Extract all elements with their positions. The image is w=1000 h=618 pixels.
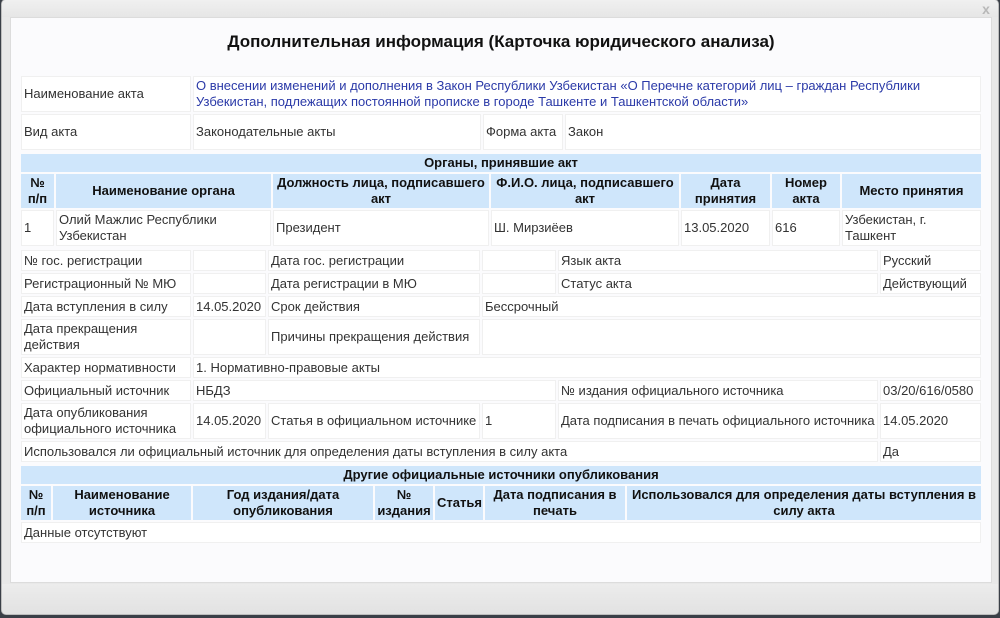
- status-value: Действующий: [880, 273, 981, 294]
- used-for-date-label: Использовался ли официальный источник дл…: [21, 441, 878, 462]
- act-type-value: Законодательные акты: [193, 114, 481, 150]
- organ-num: 1: [21, 210, 54, 246]
- organs-header-row: № п/п Наименование органа Должность лица…: [21, 174, 981, 208]
- col-organ: Наименование органа: [56, 174, 271, 208]
- organ-fio: Ш. Мирзиёев: [491, 210, 679, 246]
- legal-analysis-dialog: x Дополнительная информация (Карточка юр…: [2, 0, 998, 614]
- dialog-footer: [2, 584, 998, 614]
- col-place: Место принятия: [842, 174, 981, 208]
- other-sources-section-title: Другие официальные источники опубликован…: [21, 466, 981, 484]
- pub-date-label: Дата опубликования официального источник…: [21, 403, 191, 439]
- col-number: Номер акта: [772, 174, 840, 208]
- other-sources-table: Другие официальные источники опубликован…: [19, 464, 983, 545]
- dialog-title: Дополнительная информация (Карточка юрид…: [11, 32, 991, 52]
- print-date-label: Дата подписания в печать официального ис…: [558, 403, 878, 439]
- edition-num-value: 03/20/616/0580: [880, 380, 981, 401]
- col-position: Должность лица, подписавшего акт: [273, 174, 489, 208]
- col-article: Статья: [435, 486, 483, 520]
- act-type-row: Вид акта Законодательные акты Форма акта…: [21, 114, 981, 150]
- end-reason-value: [482, 319, 981, 355]
- col-edition-num: № издания: [375, 486, 433, 520]
- organs-section-title: Органы, принявшие акт: [21, 154, 981, 172]
- effective-date-label: Дата вступления в силу: [21, 296, 191, 317]
- pub-date-value: 14.05.2020: [193, 403, 266, 439]
- table-row: 1 Олий Мажлис Республики Узбекистан През…: [21, 210, 981, 246]
- act-info-table: Наименование акта О внесении изменений и…: [19, 74, 983, 152]
- organ-date: 13.05.2020: [681, 210, 770, 246]
- official-source-value: НБДЗ: [193, 380, 556, 401]
- col-pub-year: Год издания/дата опубликования: [193, 486, 373, 520]
- article-value: 1: [482, 403, 556, 439]
- close-icon[interactable]: x: [978, 1, 994, 17]
- end-date-label: Дата прекращения действия: [21, 319, 191, 355]
- col-print-date: Дата подписания в печать: [485, 486, 625, 520]
- col-num: № п/п: [21, 174, 54, 208]
- organs-table: Органы, принявшие акт № п/п Наименование…: [19, 152, 983, 248]
- organ-number: 616: [772, 210, 840, 246]
- gos-reg-date-value: [482, 250, 556, 271]
- normativity-value: 1. Нормативно-правовые акты: [193, 357, 981, 378]
- col-date: Дата принятия: [681, 174, 770, 208]
- mju-num-value: [193, 273, 266, 294]
- no-data-message: Данные отсутствуют: [21, 522, 981, 543]
- act-form-label: Форма акта: [483, 114, 563, 150]
- status-label: Статус акта: [558, 273, 878, 294]
- details-table: № гос. регистрации Дата гос. регистрации…: [19, 248, 983, 464]
- gos-reg-num-label: № гос. регистрации: [21, 250, 191, 271]
- term-label: Срок действия: [268, 296, 480, 317]
- organ-name: Олий Мажлис Республики Узбекистан: [56, 210, 271, 246]
- act-type-label: Вид акта: [21, 114, 191, 150]
- col-used-for-date: Использовался для определения даты вступ…: [627, 486, 981, 520]
- organ-place: Узбекистан, г. Ташкент: [842, 210, 981, 246]
- used-for-date-value: Да: [880, 441, 981, 462]
- language-value: Русский: [880, 250, 981, 271]
- end-date-value: [193, 319, 266, 355]
- act-name-label: Наименование акта: [21, 76, 191, 112]
- other-sources-header-row: № п/п Наименование источника Год издания…: [21, 486, 981, 520]
- normativity-label: Характер нормативности: [21, 357, 191, 378]
- language-label: Язык акта: [558, 250, 878, 271]
- act-form-value: Закон: [565, 114, 981, 150]
- dialog-content: Дополнительная информация (Карточка юрид…: [10, 17, 992, 583]
- print-date-value: 14.05.2020: [880, 403, 981, 439]
- col-num: № п/п: [21, 486, 51, 520]
- edition-num-label: № издания официального источника: [558, 380, 878, 401]
- mju-date-value: [482, 273, 556, 294]
- mju-date-label: Дата регистрации в МЮ: [268, 273, 480, 294]
- act-name-row: Наименование акта О внесении изменений и…: [21, 76, 981, 112]
- article-label: Статья в официальном источнике: [268, 403, 480, 439]
- term-value: Бессрочный: [482, 296, 981, 317]
- col-fio: Ф.И.О. лица, подписавшего акт: [491, 174, 679, 208]
- card-tables: Наименование акта О внесении изменений и…: [19, 74, 983, 545]
- mju-num-label: Регистрационный № МЮ: [21, 273, 191, 294]
- col-source-name: Наименование источника: [53, 486, 191, 520]
- dialog-titlebar[interactable]: x: [2, 0, 998, 17]
- act-name-link[interactable]: О внесении изменений и дополнения в Зако…: [193, 76, 981, 112]
- gos-reg-num-value: [193, 250, 266, 271]
- effective-date-value: 14.05.2020: [193, 296, 266, 317]
- end-reason-label: Причины прекращения действия: [268, 319, 480, 355]
- organ-position: Президент: [273, 210, 489, 246]
- official-source-label: Официальный источник: [21, 380, 191, 401]
- gos-reg-date-label: Дата гос. регистрации: [268, 250, 480, 271]
